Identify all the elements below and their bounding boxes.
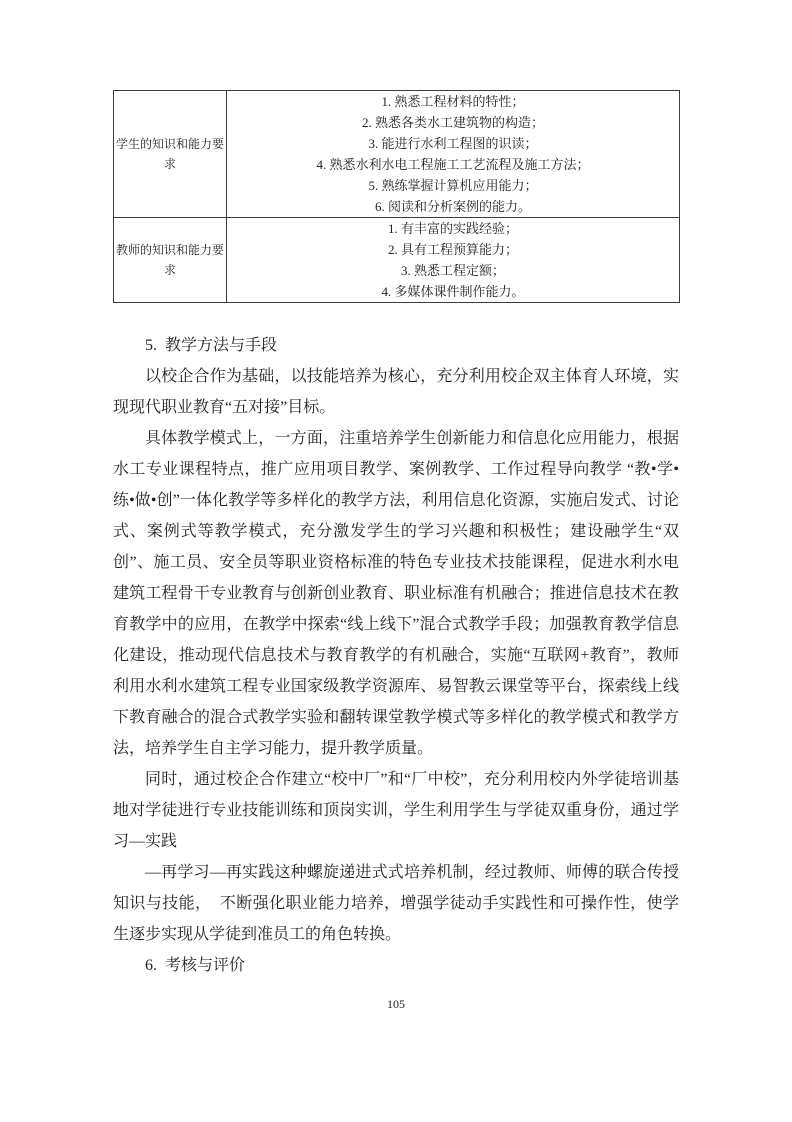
page-number: 105 [0,997,792,1012]
body-text: 5. 教学方法与手段 以校企合作为基础，以技能培养为核心，充分利用校企双主体育人… [113,330,679,981]
paragraph: —再学习—再实践这种螺旋递进式式培养机制，经过教师、师傅的联合传授知识与技能， … [113,857,679,950]
row-label-teachers: 教师的知识和能力要求 [114,218,227,303]
requirement-item: 5. 熟练掌握计算机应用能力； [227,175,679,196]
row-items-teachers: 1. 有丰富的实践经验； 2. 具有工程预算能力； 3. 熟悉工程定额； 4. … [227,218,680,303]
requirement-item: 2. 熟悉各类水工建筑物的构造； [227,112,679,133]
paragraph: 具体教学模式上，一方面，注重培养学生创新能力和信息化应用能力，根据水工专业课程特… [113,423,679,764]
requirements-table: 学生的知识和能力要求 1. 熟悉工程材料的特性； 2. 熟悉各类水工建筑物的构造… [113,90,680,303]
requirement-item: 6. 阅读和分析案例的能力。 [227,196,679,217]
row-label-students: 学生的知识和能力要求 [114,91,227,218]
table-row-teachers: 教师的知识和能力要求 1. 有丰富的实践经验； 2. 具有工程预算能力； 3. … [114,218,680,303]
requirement-item: 2. 具有工程预算能力； [227,239,679,260]
requirement-item: 1. 有丰富的实践经验； [227,218,679,239]
section-heading-assessment: 6. 考核与评价 [113,950,679,981]
table-row-students: 学生的知识和能力要求 1. 熟悉工程材料的特性； 2. 熟悉各类水工建筑物的构造… [114,91,680,218]
row-items-students: 1. 熟悉工程材料的特性； 2. 熟悉各类水工建筑物的构造； 3. 能进行水利工… [227,91,680,218]
section-heading-teaching-methods: 5. 教学方法与手段 [113,330,679,361]
requirement-item: 3. 熟悉工程定额； [227,260,679,281]
paragraph: 以校企合作为基础，以技能培养为核心，充分利用校企双主体育人环境，实现现代职业教育… [113,361,679,423]
paragraph: 同时，通过校企合作建立“校中厂”和“厂中校”，充分利用校内外学徒培训基地对学徒进… [113,764,679,857]
requirement-item: 3. 能进行水利工程图的识读； [227,133,679,154]
requirement-item: 1. 熟悉工程材料的特性； [227,91,679,112]
requirement-item: 4. 多媒体课件制作能力。 [227,281,679,302]
requirement-item: 4. 熟悉水利水电工程施工工艺流程及施工方法； [227,154,679,175]
